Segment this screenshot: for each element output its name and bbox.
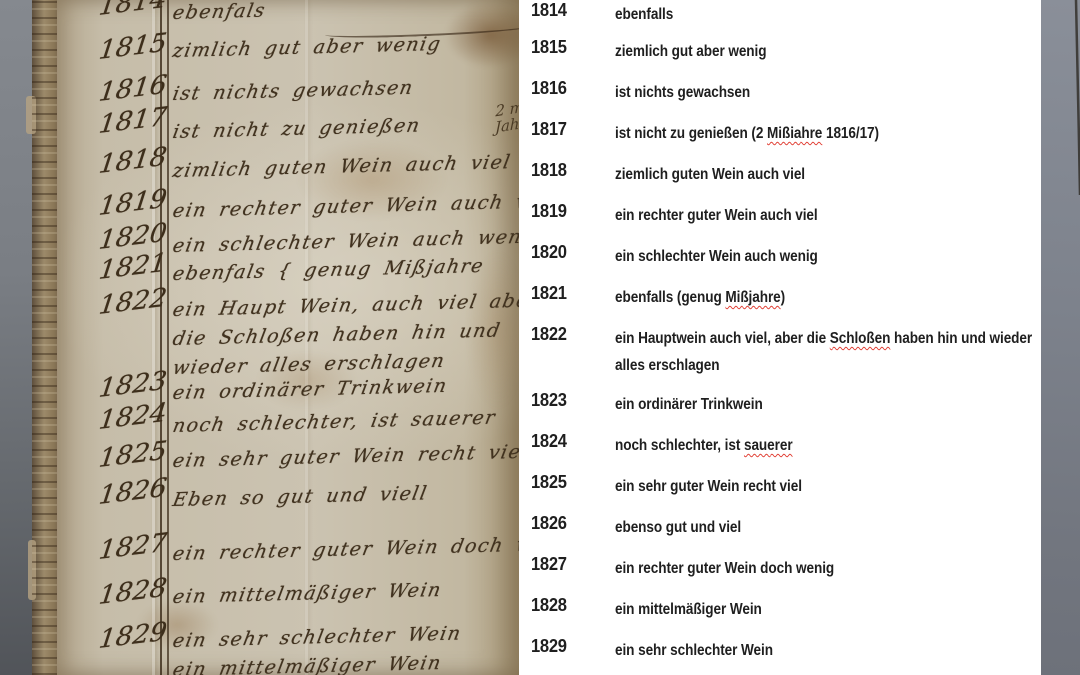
text-segment: ein mittelmäßiger Wein: [615, 601, 762, 618]
manuscript-handwriting-line: Eben so gut und viell: [171, 482, 430, 511]
transcription-year: 1818: [531, 160, 567, 180]
transcription-year: 1815: [531, 37, 567, 57]
page-edge-line: [1041, 0, 1080, 675]
transcription-year: 1828: [531, 595, 567, 615]
manuscript-handwriting-line: ist nicht zu genießen: [171, 115, 423, 143]
manuscript-handwriting-line: die Schloßen haben hin und: [171, 319, 503, 350]
transcription-text: ein Hauptwein auch viel, aber die Schloß…: [615, 325, 1041, 379]
ink-stain: [445, 2, 519, 68]
text-segment: ): [781, 289, 785, 306]
transcription-year: 1822: [531, 324, 567, 344]
transcription-panel: 1814 ebenfalls 1815 ziemlich gut aber we…: [519, 0, 1041, 675]
manuscript-handwriting-line: ein rechter guter Wein doch wenig: [171, 532, 519, 565]
manuscript-handwriting-line: ein sehr guter Wein recht viel: [171, 441, 519, 472]
transcription-year: 1826: [531, 513, 567, 533]
transcription-text: ein rechter guter Wein doch wenig: [615, 555, 1041, 582]
manuscript-handwriting-line: ein schlechter Wein auch wenig: [171, 225, 519, 257]
misspelled-word: Mißiahre: [767, 125, 822, 142]
text-segment: ebenfalls (genug: [615, 289, 725, 306]
text-segment: ziemlich guten Wein auch viel: [615, 166, 805, 183]
manuscript-handwriting-line: ist nichts gewachsen: [171, 77, 416, 105]
text-segment: ist nicht zu genießen (2: [615, 125, 767, 142]
paper-edge-tab: [28, 540, 36, 600]
text-segment: ziemlich gut aber wenig: [615, 43, 766, 60]
wine-chronicle-screenshot: 1814 ebenfals 1815 zimlich gut aber weni…: [0, 0, 1080, 675]
transcription-text: ebenfalls: [615, 1, 1041, 28]
manuscript-paper: 1814 ebenfals 1815 zimlich gut aber weni…: [57, 0, 519, 675]
text-segment: ebenfalls: [615, 6, 673, 23]
transcription-text: ein rechter guter Wein auch viel: [615, 202, 1041, 229]
transcription-text: noch schlechter, ist sauerer: [615, 432, 1041, 459]
photo-background-right: [1041, 0, 1080, 675]
text-segment: ein sehr schlechter Wein: [615, 642, 773, 659]
transcription-year: 1829: [531, 636, 567, 656]
text-segment: ein ordinärer Trinkwein: [615, 396, 763, 413]
text-segment: ein rechter guter Wein auch viel: [615, 207, 818, 224]
transcription-text: ist nicht zu genießen (2 Mißiahre 1816/1…: [615, 120, 1041, 147]
paper-edge-tab: [26, 96, 36, 134]
misspelled-word: sauerer: [744, 437, 793, 454]
text-segment: ebenso gut und viel: [615, 519, 741, 536]
transcription-text: ebenfalls (genug Mißjahre): [615, 284, 1041, 311]
transcription-text: ist nichts gewachsen: [615, 79, 1041, 106]
misspelled-word: Schloßen: [830, 330, 891, 347]
text-segment: ein sehr guter Wein recht viel: [615, 478, 802, 495]
manuscript-handwriting-line: noch schlechter, ist sauerer: [171, 407, 498, 437]
transcription-year: 1827: [531, 554, 567, 574]
transcription-year: 1820: [531, 242, 567, 262]
transcription-text: ziemlich guten Wein auch viel: [615, 161, 1041, 188]
manuscript-handwriting-line: ein ordinärer Trinkwein: [171, 375, 450, 404]
transcription-year: 1814: [531, 0, 567, 20]
text-segment: ein Hauptwein auch viel, aber die: [615, 330, 830, 347]
manuscript-handwriting-line: wieder alles erschlagen: [171, 350, 447, 379]
manuscript-handwriting-line: ein rechter guter Wein auch viel: [171, 190, 519, 222]
text-segment: noch schlechter, ist: [615, 437, 744, 454]
manuscript-handwriting-line: zimlich guten Wein auch viel: [171, 151, 513, 182]
transcription-text: ebenso gut und viel: [615, 514, 1041, 541]
transcription-text: ziemlich gut aber wenig: [615, 38, 1041, 65]
text-segment: ein rechter guter Wein doch wenig: [615, 560, 834, 577]
book-spine-edge: [32, 0, 59, 675]
transcription-year: 1824: [531, 431, 567, 451]
manuscript-photo: 1814 ebenfals 1815 zimlich gut aber weni…: [0, 0, 519, 675]
transcription-text: ein sehr guter Wein recht viel: [615, 473, 1041, 500]
transcription-text: ein schlechter Wein auch wenig: [615, 243, 1041, 270]
transcription-year: 1825: [531, 472, 567, 492]
text-segment: ein schlechter Wein auch wenig: [615, 248, 818, 265]
transcription-text: ein sehr schlechter Wein: [615, 637, 1041, 664]
manuscript-handwriting-line: ein mittelmäßiger Wein: [171, 579, 444, 608]
manuscript-handwriting-line: ein mittelmäßiger Wein: [171, 652, 444, 675]
manuscript-handwriting-line: zimlich gut aber wenig: [171, 33, 443, 62]
text-segment: 1816/17): [822, 125, 879, 142]
misspelled-word: Mißjahre: [725, 289, 780, 306]
transcription-year: 1823: [531, 390, 567, 410]
manuscript-handwriting-line: ebenfals { genug Mißjahre: [171, 255, 486, 285]
transcription-year: 1816: [531, 78, 567, 98]
margin-note: 2 miß Jahre: [495, 96, 519, 135]
transcription-year: 1821: [531, 283, 567, 303]
transcription-text: ein ordinärer Trinkwein: [615, 391, 1041, 418]
transcription-year: 1817: [531, 119, 567, 139]
text-segment: ist nichts gewachsen: [615, 84, 750, 101]
transcription-year: 1819: [531, 201, 567, 221]
transcription-text: ein mittelmäßiger Wein: [615, 596, 1041, 623]
manuscript-handwriting-line: ebenfals: [171, 0, 268, 24]
